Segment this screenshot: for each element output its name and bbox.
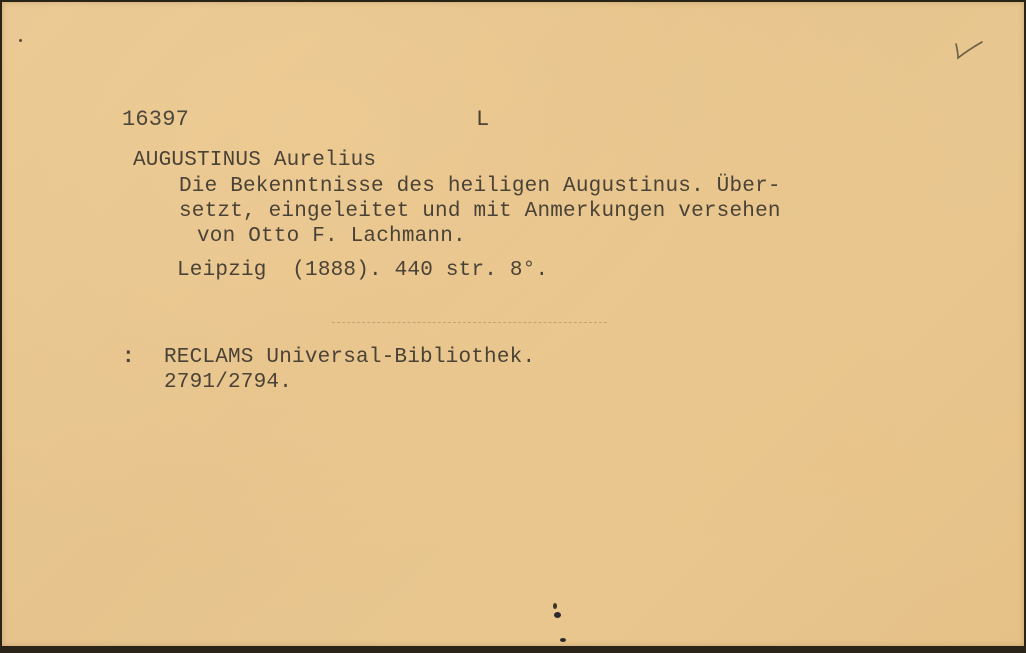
ink-spot: [554, 612, 561, 618]
handwritten-check-icon: [952, 36, 986, 62]
series-marker: :: [122, 346, 135, 370]
ink-spot: [553, 603, 557, 609]
ink-spot: [19, 39, 22, 42]
title-line-1: Die Bekenntnisse des heiligen Augustinus…: [179, 175, 781, 199]
location-mark: L: [476, 108, 489, 132]
imprint: Leipzig (1888). 440 str. 8°.: [177, 259, 548, 283]
accession-number: 16397: [122, 108, 189, 132]
author-heading: AUGUSTINUS Aurelius: [133, 149, 376, 173]
ink-spot: [560, 638, 566, 642]
title-line-2: setzt, eingeleitet und mit Anmerkungen v…: [179, 200, 781, 224]
title-line-3: von Otto F. Lachmann.: [197, 225, 466, 249]
series-line-1: RECLAMS Universal-Bibliothek.: [164, 346, 535, 370]
series-line-2: 2791/2794.: [164, 371, 292, 395]
faint-rule: [332, 322, 607, 323]
catalog-card: 16397 L AUGUSTINUS Aurelius Die Bekenntn…: [2, 2, 1024, 646]
